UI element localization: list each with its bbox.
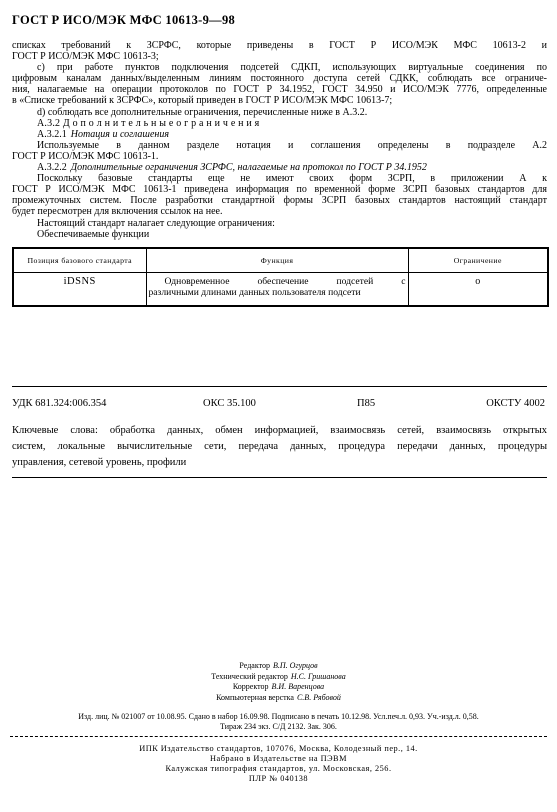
publisher-line: Набрано в Издательстве на ПЭВМ — [0, 754, 557, 764]
imprint-line: Тираж 234 экз. С/Д 2132. Зак. 306. — [0, 722, 557, 732]
table-cell-restriction: о — [408, 273, 548, 306]
keywords-line: управления, сетевой уровень, профили — [12, 455, 547, 471]
publisher-block: ИПК Издательство стандартов, 107076, Мос… — [0, 744, 557, 784]
imprint-line: Изд. лиц. № 021007 от 10.08.95. Сдано в … — [0, 712, 557, 722]
table-cell-function: Одновременное обеспечение подсетей с раз… — [146, 273, 408, 306]
paragraph-line: в «Списке требований к ЗСРФС», который п… — [12, 95, 547, 106]
document-page: ГОСТ Р ИСО/МЭК МФС 10613-9—98 списках тр… — [0, 0, 557, 812]
section-heading-a322: А.3.2.2Дополнительные ограничения ЗСРФС,… — [12, 162, 547, 173]
oks-code: ОКС 35.100 — [203, 398, 256, 409]
section-number: А.3.2.1 — [37, 129, 67, 140]
section-title: Дополнительные ограничения ЗСРФС, налага… — [71, 162, 427, 173]
document-header-title: ГОСТ Р ИСО/МЭК МФС 10613-9—98 — [12, 14, 547, 27]
publisher-line: ПЛР № 040138 — [0, 774, 557, 784]
editor-label: Компьютерная верстка — [216, 693, 294, 702]
section-title: Нотация и соглашения — [71, 129, 169, 140]
editor-label: Корректор — [233, 682, 269, 691]
imprint-block: Изд. лиц. № 021007 от 10.08.95. Сдано в … — [0, 712, 557, 732]
paragraph-line: Обеспечиваемые функции — [12, 229, 547, 240]
functions-table: Позиция базового стандарта Функция Огран… — [12, 247, 549, 307]
keywords-line: систем, локальные вычислительные сети, п… — [12, 439, 547, 455]
editors-colophon: РедакторВ.П. Огурцов Технический редакто… — [0, 661, 557, 703]
function-line: различными длинами данных пользователя п… — [149, 287, 406, 298]
okstu-code: ОКСТУ 4002 — [486, 398, 545, 409]
editor-name: В.И. Варенцова — [272, 682, 325, 691]
p85-code: П85 — [357, 398, 375, 409]
editor-line: Компьютерная версткаС.В. Рябовой — [0, 693, 557, 704]
function-line: Одновременное обеспечение подсетей с — [149, 276, 406, 287]
table-header-position: Позиция базового стандарта — [13, 248, 146, 273]
paragraph-line: Настоящий стандарт налагает следующие ог… — [12, 218, 547, 229]
table-header-restriction: Ограничение — [408, 248, 548, 273]
table-header-function: Функция — [146, 248, 408, 273]
editor-name: С.В. Рябовой — [297, 693, 341, 702]
keywords-paragraph: Ключевые слова: обработка данных, обмен … — [12, 423, 547, 471]
editor-line: КорректорВ.И. Варенцова — [0, 682, 557, 693]
table-cell-position: iDSNS — [13, 273, 146, 306]
paragraph-line: будет пересмотрен для включения ссылок н… — [12, 206, 547, 217]
paragraph-line: цифровым каналам данных/выделенным линия… — [12, 73, 547, 84]
publisher-line: Калужская типография стандартов, ул. Мос… — [0, 764, 557, 774]
editor-name: Н.С. Гришанова — [291, 672, 346, 681]
editor-label: Редактор — [239, 661, 270, 670]
dashed-rule — [10, 736, 547, 737]
publisher-line: ИПК Издательство стандартов, 107076, Мос… — [0, 744, 557, 754]
horizontal-rule-bottom — [12, 477, 547, 478]
editor-label: Технический редактор — [211, 672, 288, 681]
paragraph-line: Поскольку базовые стандарты еще не имеют… — [12, 173, 547, 184]
editor-name: В.П. Огурцов — [273, 661, 318, 670]
table-row: iDSNS Одновременное обеспечение подсетей… — [13, 273, 548, 306]
page-content: ГОСТ Р ИСО/МЭК МФС 10613-9—98 списках тр… — [12, 14, 547, 307]
paragraph-line: ГОСТ Р ИСО/МЭК МФС 10613-1 приведена инф… — [12, 184, 547, 195]
section-heading-a321: А.3.2.1Нотация и соглашения — [12, 129, 547, 140]
paragraph-line: промежуточных систем. После разработки с… — [12, 195, 547, 206]
table-header-row: Позиция базового стандарта Функция Огран… — [13, 248, 548, 273]
udk-code: УДК 681.324:006.354 — [12, 398, 106, 409]
paragraph-line: с) при работе пунктов подключения подсет… — [12, 62, 547, 73]
paragraph-line: d) соблюдать все дополнительные ограниче… — [12, 107, 547, 118]
paragraph-line: списках требований к ЗСРФС, которые прив… — [12, 40, 547, 51]
paragraph-line: Используемые в данном разделе нотация и … — [12, 140, 547, 151]
section-heading-a32: А.3.2 Д о п о л н и т е л ь н ы е о г р … — [12, 118, 547, 129]
paragraph-line: ния, налагаемые на операции протоколов п… — [12, 84, 547, 95]
keywords-line: Ключевые слова: обработка данных, обмен … — [12, 423, 547, 439]
editor-line: РедакторВ.П. Огурцов — [0, 661, 557, 672]
paragraph-line: ГОСТ Р ИСО/МЭК МФС 10613-1. — [12, 151, 547, 162]
section-number: А.3.2.2 — [37, 162, 67, 173]
classification-codes-row: УДК 681.324:006.354 ОКС 35.100 П85 ОКСТУ… — [12, 398, 547, 412]
editor-line: Технический редакторН.С. Гришанова — [0, 672, 557, 683]
paragraph-line: ГОСТ Р ИСО/МЭК МФС 10613-3; — [12, 51, 547, 62]
horizontal-rule-top — [12, 386, 547, 387]
